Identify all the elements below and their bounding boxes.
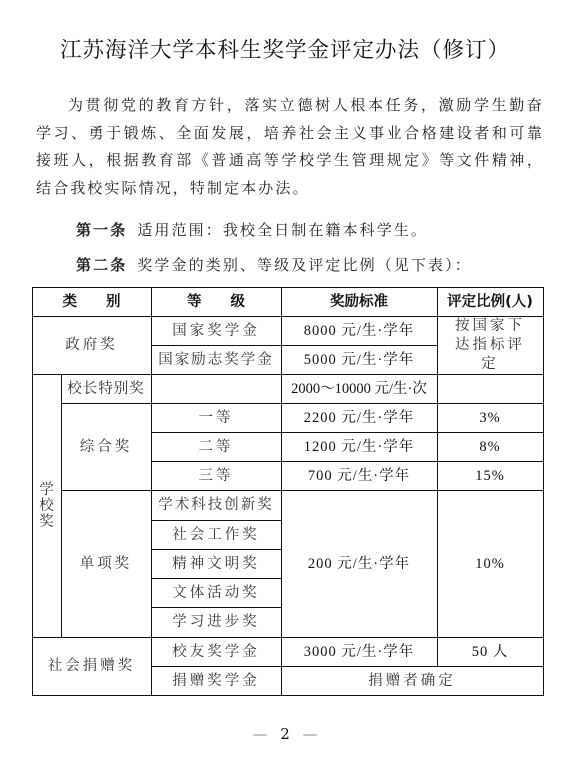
single-ratio: 10% (437, 490, 543, 637)
comprehensive-standard-1: 2200 元/生·学年 (281, 403, 437, 432)
comprehensive-ratio-1: 3% (437, 403, 543, 432)
single-level-4: 文体活动奖 (151, 578, 281, 607)
header-divider (32, 316, 544, 317)
page-footer: — 2 — (0, 725, 570, 743)
school-category-char: 学 (39, 482, 54, 498)
article-1-label: 第一条 (76, 221, 127, 239)
article-2-label: 第二条 (76, 256, 127, 274)
comprehensive-standard-2: 1200 元/生·学年 (281, 432, 437, 461)
article-1: 第一条适用范围：我校全日制在籍本科学生。 (76, 219, 428, 240)
donation-level: 捐赠奖学金 (151, 666, 281, 695)
gov-standard-2: 5000 元/生·学年 (281, 345, 437, 374)
donation-standard-ratio: 捐赠者确定 (281, 666, 543, 695)
gov-standard-1: 8000 元/生·学年 (281, 316, 437, 345)
header-ratio: 评定比例(人) (437, 287, 543, 316)
row-divider (61, 403, 544, 404)
school-category: 学 校 奖 (32, 374, 61, 637)
comprehensive-ratio-2: 8% (437, 432, 543, 461)
col-divider (437, 287, 438, 667)
single-level-1: 学术科技创新奖 (151, 490, 281, 520)
intro-paragraph: 为贯彻党的教育方针，落实立德树人根本任务，激励学生勤奋学习、勇于锻炼、全面发展，… (36, 92, 544, 202)
president-award-name: 校长特别奖 (61, 374, 151, 403)
col-divider (61, 374, 62, 637)
table-border-bottom (32, 695, 544, 696)
gov-level-1: 国家奖学金 (151, 316, 281, 345)
school-category-char: 奖 (39, 514, 54, 530)
comprehensive-level-1: 一等 (151, 403, 281, 432)
col-divider (281, 287, 282, 696)
social-category: 社会捐赠奖 (32, 637, 151, 695)
gov-category: 政府奖 (32, 316, 151, 374)
header-category: 类 别 (32, 287, 151, 316)
single-level-5: 学习进步奖 (151, 607, 281, 637)
article-2: 第二条奖学金的类别、等级及评定比例（见下表）： (76, 254, 472, 275)
alumni-standard: 3000 元/生·学年 (281, 637, 437, 666)
comprehensive-award-name: 综合奖 (61, 403, 151, 490)
president-award-ratio (437, 374, 543, 403)
row-divider (151, 345, 281, 346)
page-dash-left: — (252, 725, 267, 743)
row-divider (151, 461, 544, 462)
single-standard: 200 元/生·学年 (281, 490, 437, 637)
document-title: 江苏海洋大学本科生奖学金评定办法（修订） (0, 33, 570, 64)
row-divider (32, 637, 544, 638)
article-2-text: 奖学金的类别、等级及评定比例（见下表）： (137, 256, 472, 274)
alumni-ratio: 50 人 (437, 637, 543, 666)
row-divider (151, 578, 281, 579)
row-divider (281, 345, 437, 346)
comprehensive-standard-3: 700 元/生·学年 (281, 461, 437, 490)
gov-ratio: 按国家下达指标评定 (448, 316, 532, 374)
president-award-standard: 2000～10000 元/生·次 (281, 374, 437, 403)
table-border-left (32, 287, 33, 696)
table-border-top (32, 287, 544, 288)
row-divider (32, 374, 544, 375)
row-divider (151, 432, 544, 433)
row-divider (61, 490, 544, 491)
single-award-name: 单项奖 (61, 490, 151, 637)
page-number: 2 (280, 725, 290, 743)
comprehensive-level-2: 二等 (151, 432, 281, 461)
alumni-level: 校友奖学金 (151, 637, 281, 666)
president-award-level (151, 374, 281, 403)
row-divider (151, 666, 544, 667)
col-divider (151, 287, 152, 696)
comprehensive-ratio-3: 15% (437, 461, 543, 490)
header-level: 等 级 (151, 287, 281, 316)
comprehensive-level-3: 三等 (151, 461, 281, 490)
row-divider (151, 520, 281, 521)
school-category-char: 校 (39, 498, 54, 514)
single-level-3: 精神文明奖 (151, 549, 281, 578)
page-dash-right: — (303, 725, 318, 743)
row-divider (151, 549, 281, 550)
article-1-text: 适用范围：我校全日制在籍本科学生。 (137, 221, 428, 239)
table-border-right (543, 287, 544, 696)
single-level-2: 社会工作奖 (151, 520, 281, 549)
row-divider (151, 607, 281, 608)
gov-level-2: 国家励志奖学金 (151, 345, 281, 374)
header-standard: 奖励标准 (281, 287, 437, 316)
